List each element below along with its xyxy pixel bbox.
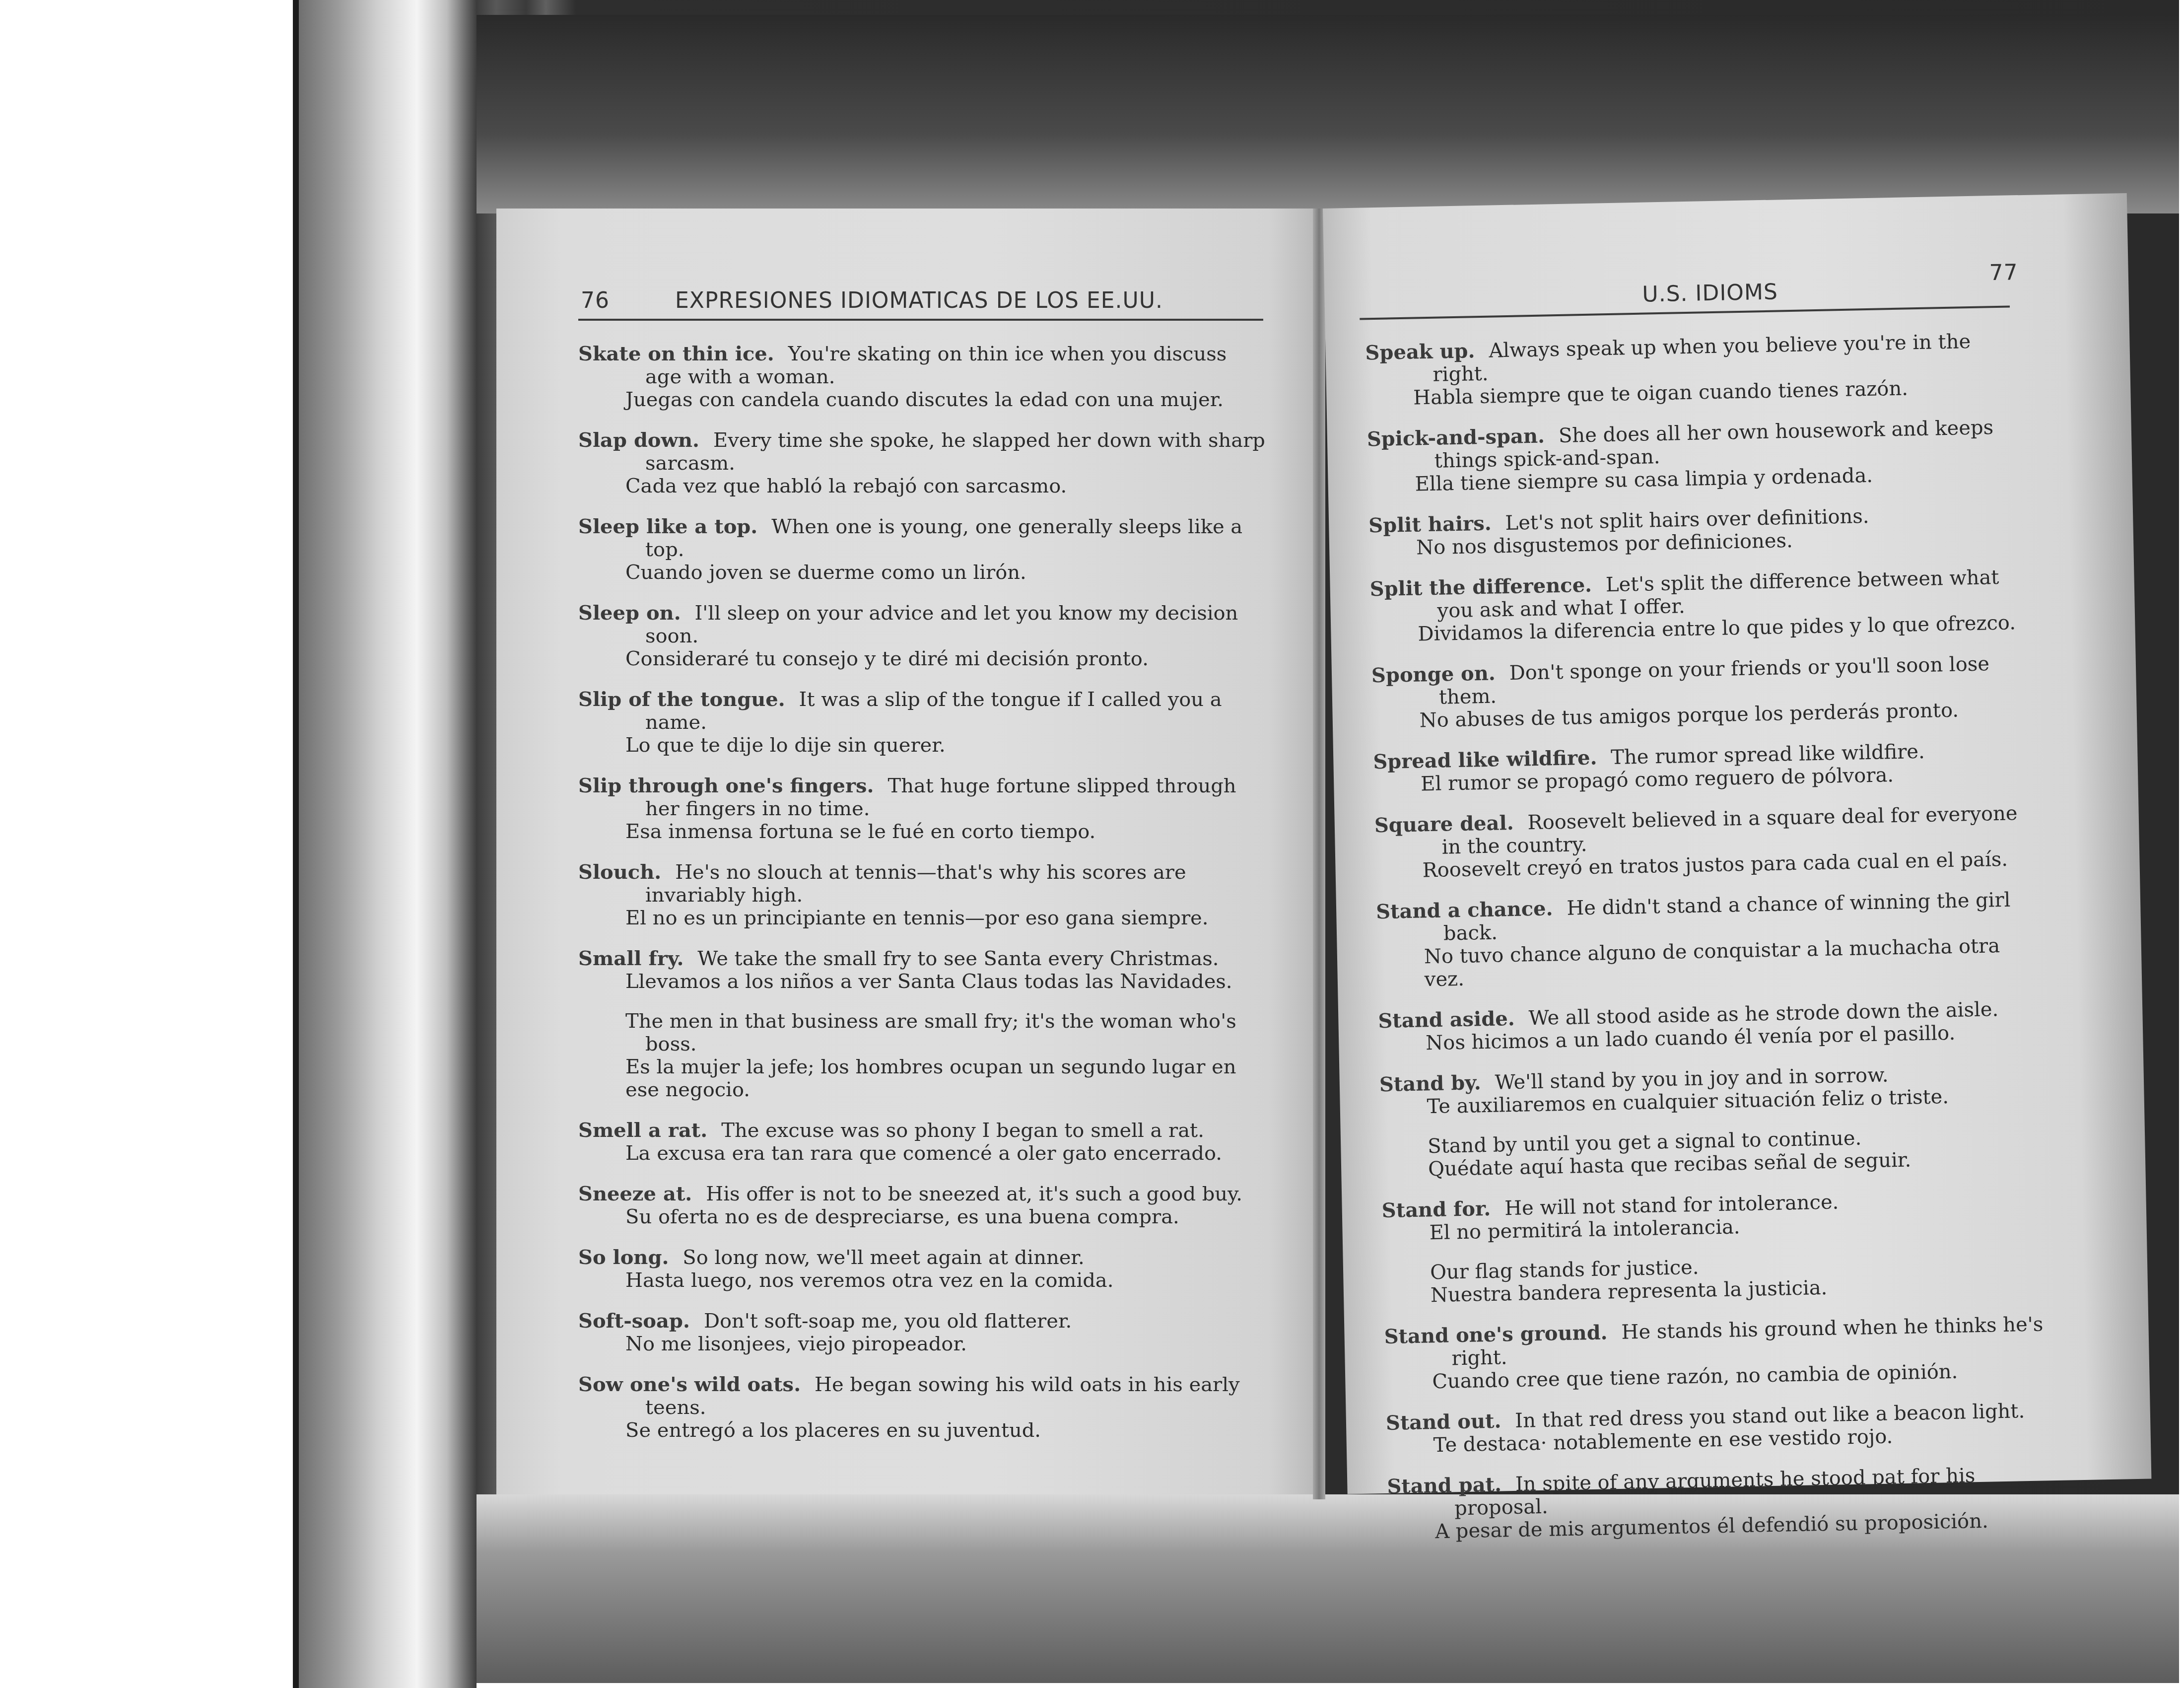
idiom-term: Stand for. — [1381, 1197, 1491, 1222]
idiom-entry: Speak up.Always speak up when you believ… — [1365, 329, 2026, 411]
idiom-entry: Sponge on.Don't sponge on your friends o… — [1371, 652, 2033, 733]
idiom-term: Sleep like a top. — [578, 515, 757, 538]
idiom-list: Speak up.Always speak up when you believ… — [1365, 329, 2048, 1562]
idiom-term: Slip through one's fingers. — [578, 774, 874, 797]
idiom-entry: Stand a chance.He didn't stand a chance … — [1376, 888, 2038, 992]
idiom-entry: Small fry.We take the small fry to see S… — [578, 947, 1266, 1101]
idiom-entry: Spick-and-span.She does all her own hous… — [1367, 416, 2028, 497]
idiom-term: Sow one's wild oats. — [578, 1373, 801, 1396]
idiom-entry: Split hairs.Let's not split hairs over d… — [1368, 502, 2030, 561]
english-example: So long.So long now, we'll meet again at… — [578, 1246, 1266, 1269]
scanner-edge-right — [2179, 0, 2184, 1688]
page-number: 76 — [581, 288, 610, 313]
idiom-entry: Stand for.He will not stand for intolera… — [1381, 1187, 2044, 1308]
english-example: Sneeze at.His offer is not to be sneezed… — [578, 1183, 1266, 1205]
english-example: Sow one's wild oats.He began sowing his … — [578, 1373, 1266, 1419]
english-example: The men in that business are small fry; … — [578, 1010, 1266, 1055]
english-example: Slouch.He's no slouch at tennis—that's w… — [578, 861, 1266, 907]
spanish-translation: Su oferta no es de despreciarse, es una … — [578, 1205, 1266, 1228]
idiom-entry: Slap down.Every time she spoke, he slapp… — [578, 429, 1266, 497]
idiom-term: Slip of the tongue. — [578, 688, 785, 711]
english-example: Small fry.We take the small fry to see S… — [578, 947, 1266, 970]
idiom-entry: Sow one's wild oats.He began sowing his … — [578, 1373, 1266, 1442]
english-example: Smell a rat.The excuse was so phony I be… — [578, 1119, 1266, 1142]
idiom-term: Stand a chance. — [1376, 897, 1553, 923]
running-head: EXPRESIONES IDIOMATICAS DE LOS EE.UU. — [675, 288, 1163, 313]
spanish-translation: La excusa era tan rara que comencé a ole… — [578, 1142, 1266, 1165]
idiom-entry: Stand one's ground.He stands his ground … — [1384, 1313, 2045, 1395]
spanish-translation: Cuando joven se duerme como un lirón. — [578, 561, 1266, 584]
idiom-term: Split hairs. — [1368, 512, 1492, 538]
english-example: Slip of the tongue.It was a slip of the … — [578, 688, 1266, 734]
english-example: Slap down.Every time she spoke, he slapp… — [578, 429, 1266, 475]
idiom-term: Skate on thin ice. — [578, 342, 774, 365]
right-page: U.S. IDIOMS 77 Speak up.Always speak up … — [1323, 193, 2151, 1494]
spanish-translation: Llevamos a los niños a ver Santa Claus t… — [578, 970, 1266, 993]
idiom-entry: So long.So long now, we'll meet again at… — [578, 1246, 1266, 1292]
idiom-term: Stand one's ground. — [1384, 1321, 1608, 1348]
header-rule — [1360, 305, 2010, 320]
spanish-translation: Hasta luego, nos veremos otra vez en la … — [578, 1269, 1266, 1292]
header-rule — [578, 319, 1263, 321]
idiom-entry: Slouch.He's no slouch at tennis—that's w… — [578, 861, 1266, 929]
idiom-term: Small fry. — [578, 947, 683, 970]
idiom-entry: Split the difference.Let's split the dif… — [1369, 565, 2031, 647]
running-head: U.S. IDIOMS — [1642, 279, 1778, 307]
spanish-translation: El no es un principiante en tennis—por e… — [578, 907, 1266, 929]
page-number: 77 — [1989, 260, 2018, 285]
idiom-entry: Sleep like a top.When one is young, one … — [578, 515, 1266, 584]
scanner-edge — [477, 1683, 2184, 1688]
idiom-term: Smell a rat. — [578, 1119, 707, 1142]
idiom-entry: Square deal.Roosevelt believed in a squa… — [1374, 802, 2035, 883]
idiom-term: Sponge on. — [1371, 662, 1496, 688]
spanish-translation: Esa inmensa fortuna se le fué en corto t… — [578, 820, 1266, 843]
idiom-term: Square deal. — [1374, 811, 1514, 837]
english-sentence: So long now, we'll meet again at dinner. — [682, 1246, 1084, 1269]
idiom-entry: Stand out.In that red dress you stand ou… — [1386, 1399, 2047, 1458]
idiom-entry: Sleep on.I'll sleep on your advice and l… — [578, 602, 1266, 670]
scanner-lid-shadow — [477, 15, 2184, 213]
scanner-edge-strip — [293, 0, 299, 1688]
spanish-translation: Lo que te dije lo dije sin querer. — [578, 734, 1266, 757]
english-sentence: He's no slouch at tennis—that's why his … — [645, 861, 1186, 907]
idiom-entry: Skate on thin ice.You're skating on thin… — [578, 343, 1266, 411]
idiom-entry: Smell a rat.The excuse was so phony I be… — [578, 1119, 1266, 1165]
spanish-translation: Es la mujer la jefe; los hombres ocupan … — [578, 1055, 1266, 1101]
english-example: Sleep like a top.When one is young, one … — [578, 515, 1266, 561]
spanish-translation: No me lisonjees, viejo piropeador. — [578, 1333, 1266, 1355]
idiom-term: Speak up. — [1365, 339, 1475, 364]
english-example: Skate on thin ice.You're skating on thin… — [578, 343, 1266, 388]
spanish-translation: Cada vez que habló la rebajó con sarcasm… — [578, 475, 1266, 497]
idiom-entry: Stand by.We'll stand by you in joy and i… — [1379, 1061, 2041, 1182]
idiom-entry: Slip of the tongue.It was a slip of the … — [578, 688, 1266, 757]
spanish-translation: Consideraré tu consejo y te diré mi deci… — [578, 647, 1266, 670]
idiom-entry: Spread like wildfire.The rumor spread li… — [1373, 738, 2034, 797]
english-sentence: The excuse was so phony I began to smell… — [721, 1119, 1204, 1142]
english-sentence: I'll sleep on your advice and let you kn… — [645, 602, 1238, 647]
spanish-translation: Se entregó a los placeres en su juventud… — [578, 1419, 1266, 1442]
english-example: Sleep on.I'll sleep on your advice and l… — [578, 602, 1266, 647]
idiom-entry: Slip through one's fingers.That huge for… — [578, 774, 1266, 843]
idiom-term: Slap down. — [578, 428, 699, 452]
english-sentence: We take the small fry to see Santa every… — [697, 947, 1219, 970]
idiom-entry: Stand aside.We all stood aside as he str… — [1378, 997, 2039, 1056]
english-example: Soft-soap.Don't soft-soap me, you old fl… — [578, 1310, 1266, 1333]
english-sentence: His offer is not to be sneezed at, it's … — [706, 1183, 1242, 1205]
idiom-term: Sleep on. — [578, 601, 681, 625]
idiom-term: Stand aside. — [1378, 1007, 1515, 1033]
idiom-term: Slouch. — [578, 860, 661, 884]
left-page: 76 EXPRESIONES IDIOMATICAS DE LOS EE.UU.… — [496, 209, 1318, 1494]
idiom-term: So long. — [578, 1246, 669, 1269]
idiom-entry: Sneeze at.His offer is not to be sneezed… — [578, 1183, 1266, 1228]
english-example: Slip through one's fingers.That huge for… — [578, 774, 1266, 820]
idiom-term: Soft-soap. — [578, 1309, 690, 1333]
english-sentence: Don't soft-soap me, you old flatterer. — [704, 1310, 1072, 1333]
idiom-list: Skate on thin ice.You're skating on thin… — [578, 343, 1266, 1460]
idiom-entry: Stand pat.In spite of any arguments he s… — [1387, 1463, 2048, 1544]
spanish-translation: Juegas con candela cuando discutes la ed… — [578, 388, 1266, 411]
book-gutter — [1313, 209, 1325, 1499]
idiom-term: Split the difference. — [1369, 573, 1592, 601]
idiom-term: Sneeze at. — [578, 1182, 692, 1205]
idiom-term: Stand out. — [1386, 1409, 1501, 1435]
idiom-entry: Soft-soap.Don't soft-soap me, you old fl… — [578, 1310, 1266, 1355]
idiom-term: Stand pat. — [1387, 1473, 1501, 1498]
english-sentence: Every time she spoke, he slapped her dow… — [645, 429, 1265, 475]
idiom-term: Spick-and-span. — [1366, 424, 1545, 451]
idiom-term: Stand by. — [1379, 1071, 1481, 1096]
